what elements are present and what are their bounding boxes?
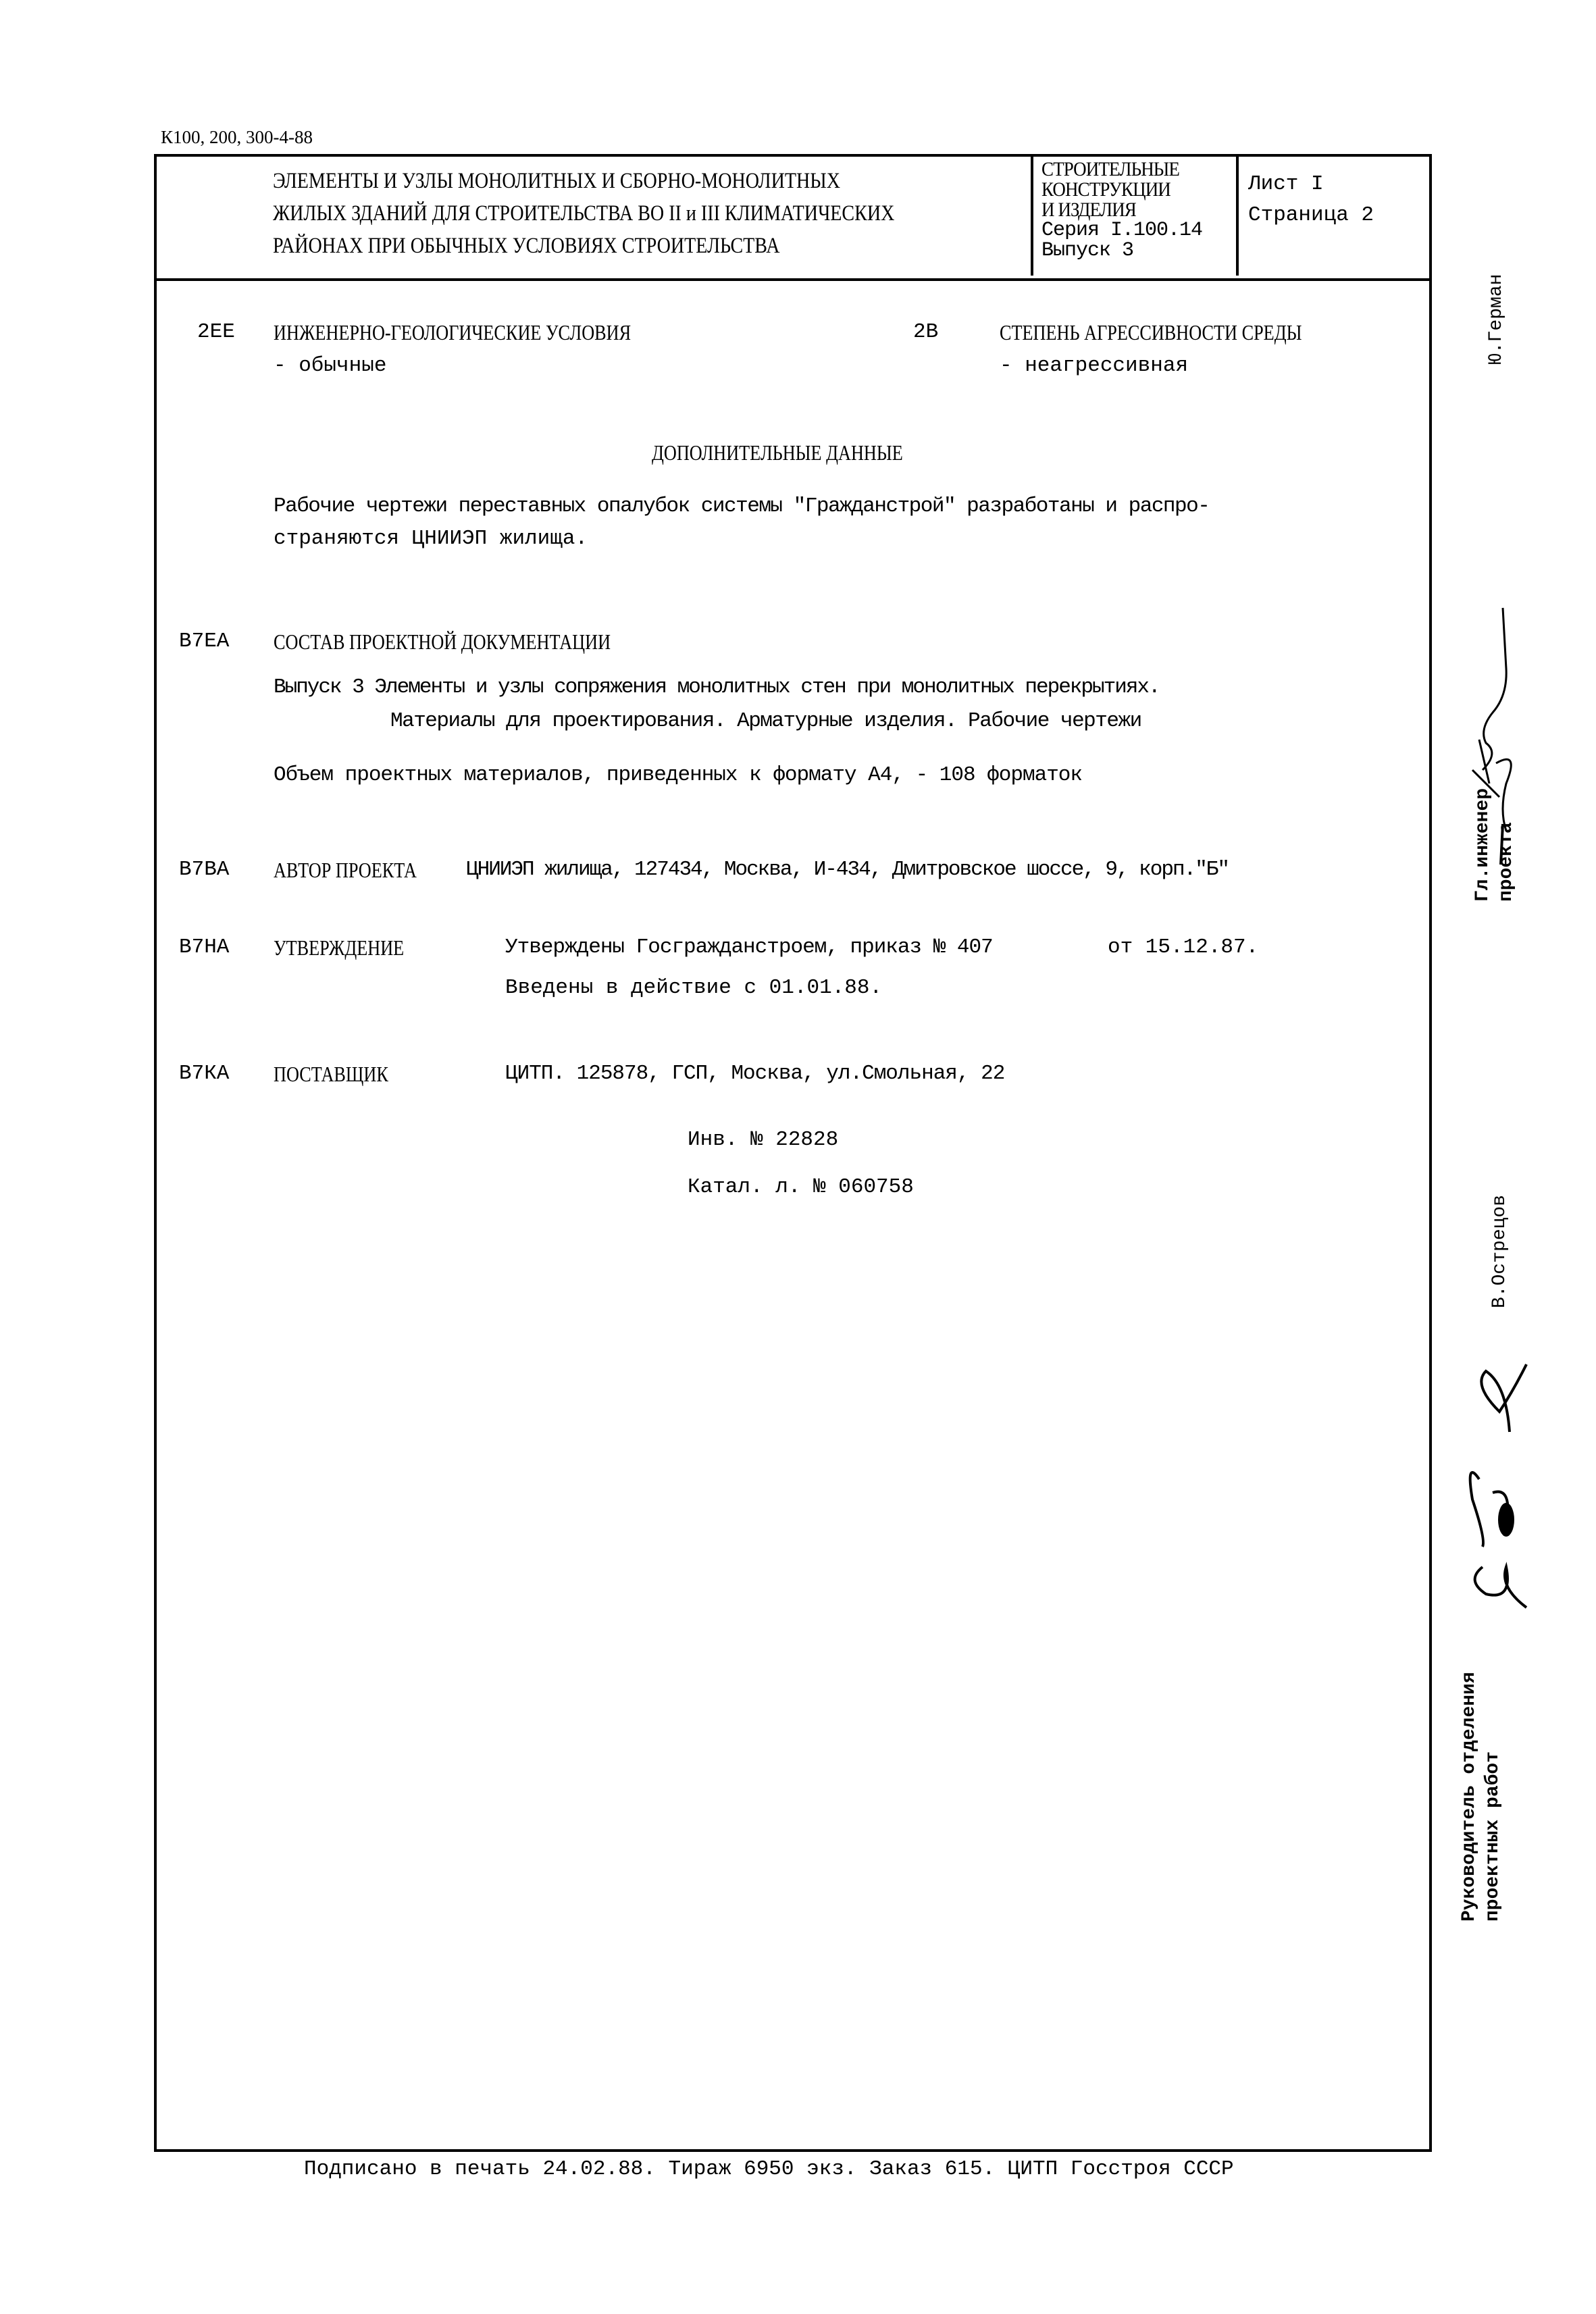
supplier-code: В7КА bbox=[179, 1062, 229, 1085]
series-line: СТРОИТЕЛЬНЫЕ bbox=[1041, 159, 1186, 180]
section-heading-additional: ДОПОЛНИТЕЛЬНЫЕ ДАННЫЕ bbox=[652, 440, 903, 465]
inventory-number: Инв. № 22828 bbox=[688, 1128, 838, 1152]
composition-issue-line: Материалы для проектирования. Арматурные… bbox=[390, 709, 1141, 733]
signer2-role-line2: проектных работ bbox=[1483, 1751, 1504, 1922]
approval-code: В7НА bbox=[179, 935, 229, 959]
document-code: К100, 200, 300-4-88 bbox=[161, 127, 313, 148]
page-number: Страница 2 bbox=[1248, 200, 1374, 231]
supplier-label: ПОСТАВЩИК bbox=[274, 1062, 388, 1087]
approval-label: УТВЕРЖДЕНИЕ bbox=[274, 935, 404, 960]
series-cell: СТРОИТЕЛЬНЫЕ КОНСТРУКЦИИ И ИЗДЕЛИЯ Серия… bbox=[1033, 157, 1239, 276]
issue-number: Выпуск 3 bbox=[1041, 240, 1202, 261]
series-line: КОНСТРУКЦИИ bbox=[1041, 180, 1186, 200]
title-line: ЭЛЕМЕНТЫ И УЗЛЫ МОНОЛИТНЫХ И СБОРНО-МОНО… bbox=[273, 165, 894, 197]
condition-code-left: 2ЕЕ bbox=[197, 320, 235, 344]
title-block: ЭЛЕМЕНТЫ И УЗЛЫ МОНОЛИТНЫХ И СБОРНО-МОНО… bbox=[157, 157, 1429, 281]
print-footer: Подписано в печать 24.02.88. Тираж 6950 … bbox=[304, 2157, 1234, 2181]
condition-label-right: СТЕПЕНЬ АГРЕССИВНОСТИ СРЕДЫ bbox=[1000, 320, 1302, 345]
composition-code: В7ЕА bbox=[179, 629, 229, 653]
title-line: ЖИЛЫХ ЗДАНИЙ ДЛЯ СТРОИТЕЛЬСТВА ВО II и I… bbox=[273, 197, 894, 230]
series-number: Серия I.100.14 bbox=[1041, 220, 1202, 240]
condition-value-right: - неагрессивная bbox=[1000, 354, 1188, 378]
signer2-name: В.Острецов bbox=[1489, 1195, 1511, 1308]
approval-effective: Введены в действие с 01.01.88. bbox=[505, 976, 882, 1000]
condition-label-left: ИНЖЕНЕРНО-ГЕОЛОГИЧЕСКИЕ УСЛОВИЯ bbox=[274, 320, 631, 345]
document-title: ЭЛЕМЕНТЫ И УЗЛЫ МОНОЛИТНЫХ И СБОРНО-МОНО… bbox=[273, 165, 894, 262]
series-line: И ИЗДЕЛИЯ bbox=[1041, 200, 1186, 220]
title-line: РАЙОНАХ ПРИ ОБЫЧНЫХ УСЛОВИЯХ СТРОИТЕЛЬСТ… bbox=[273, 230, 894, 262]
additional-line: Рабочие чертежи переставных опалубок сис… bbox=[274, 494, 1209, 518]
signature-2-icon bbox=[1452, 1324, 1540, 1621]
author-value: ЦНИИЭП жилища, 127434, Москва, И-434, Дм… bbox=[466, 858, 1229, 881]
approval-order: Утверждены Госгражданстроем, приказ № 40… bbox=[505, 935, 993, 959]
composition-issue-line: Выпуск 3 Элементы и узлы сопряжения моно… bbox=[274, 675, 1160, 699]
condition-value-left: - обычные bbox=[274, 354, 386, 378]
author-label: АВТОР ПРОЕКТА bbox=[274, 858, 417, 883]
sheet-cell: Лист I Страница 2 bbox=[1239, 157, 1429, 276]
author-code: В7ВА bbox=[179, 858, 229, 881]
composition-label: СОСТАВ ПРОЕКТНОЙ ДОКУМЕНТАЦИИ bbox=[274, 629, 611, 654]
signer1-name: Ю.Герман bbox=[1486, 274, 1508, 365]
condition-code-right: 2В bbox=[913, 320, 938, 344]
title-cell: ЭЛЕМЕНТЫ И УЗЛЫ МОНОЛИТНЫХ И СБОРНО-МОНО… bbox=[157, 157, 1033, 276]
approval-date: от 15.12.87. bbox=[1108, 935, 1258, 959]
supplier-value: ЦИТП. 125878, ГСП, Москва, ул.Смольная, … bbox=[505, 1062, 1004, 1085]
catalog-number: Катал. л. № 060758 bbox=[688, 1175, 914, 1199]
signature-1-icon bbox=[1459, 594, 1553, 878]
composition-volume: Объем проектных материалов, приведенных … bbox=[274, 763, 1082, 787]
signer2-role-line1: Руководитель отделения bbox=[1459, 1672, 1481, 1922]
additional-line: страняются ЦНИИЭП жилища. bbox=[274, 527, 588, 550]
sheet-number: Лист I bbox=[1248, 169, 1374, 200]
series-info: СТРОИТЕЛЬНЫЕ КОНСТРУКЦИИ И ИЗДЕЛИЯ Серия… bbox=[1041, 159, 1202, 261]
